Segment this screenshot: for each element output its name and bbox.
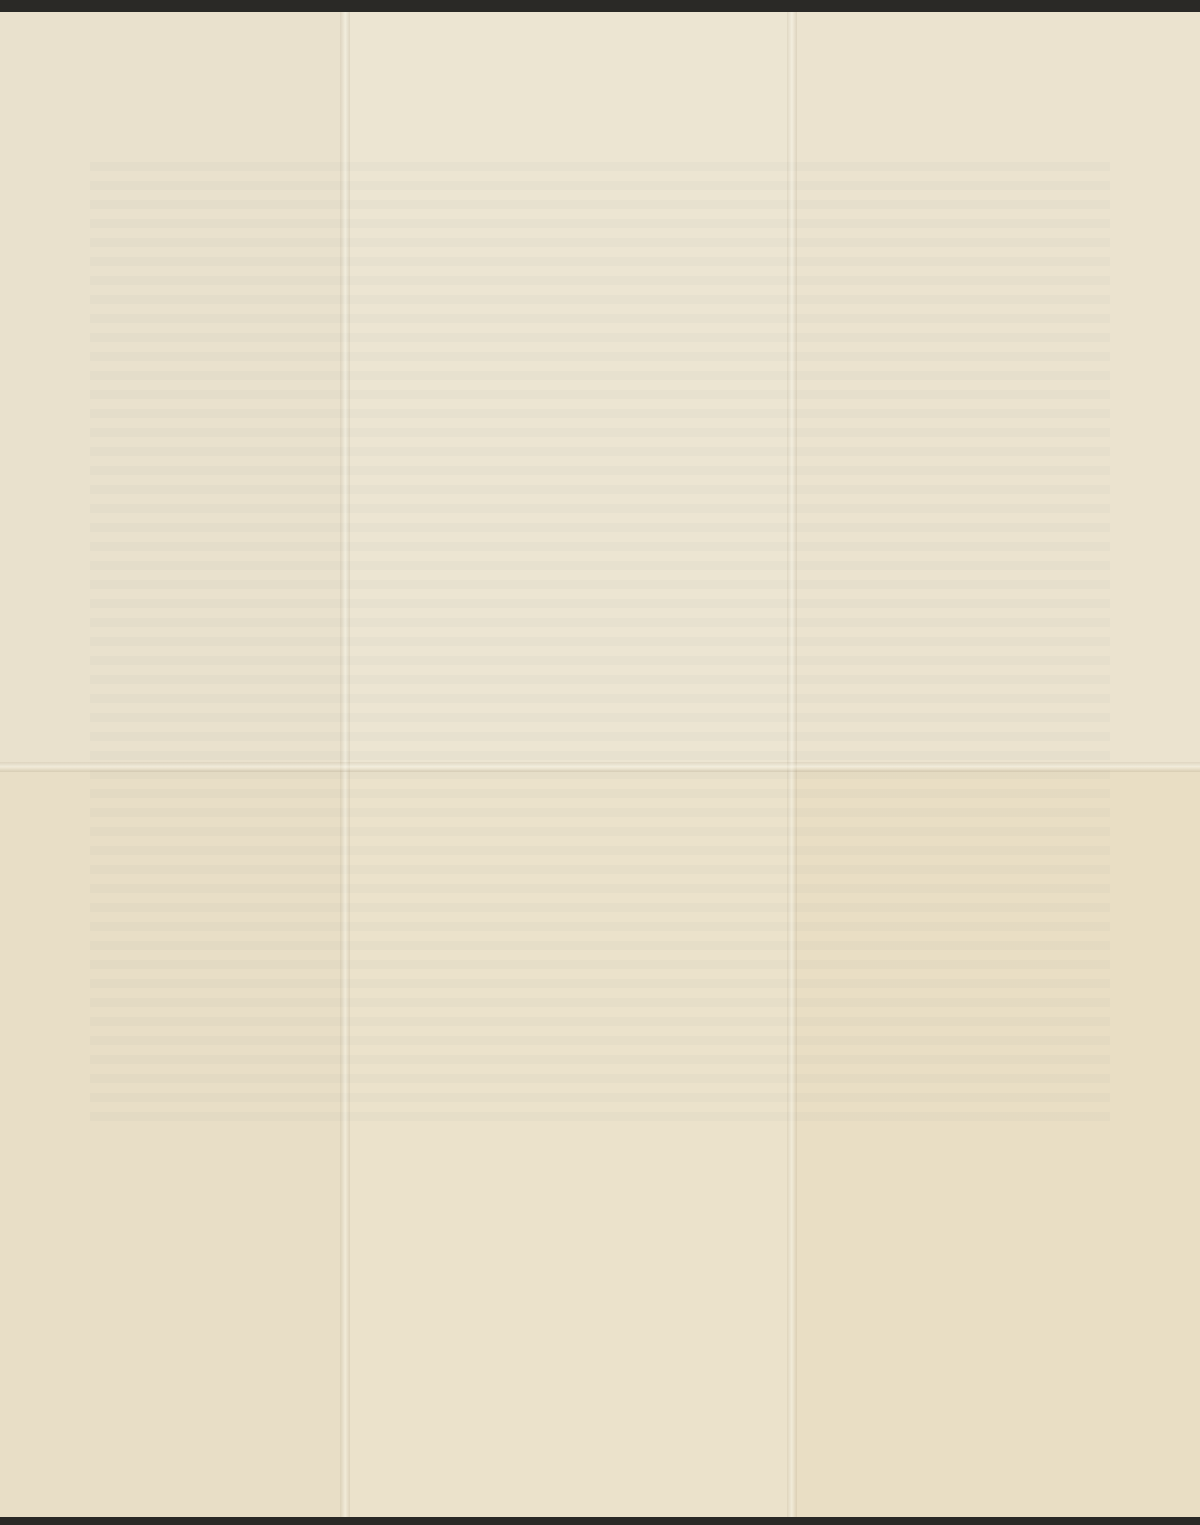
panel-bottom-right [792, 767, 1200, 1517]
panel-bottom-middle [345, 767, 792, 1517]
panel-top-left [0, 12, 345, 767]
horizontal-fold [0, 762, 1200, 772]
panel-top-middle [345, 12, 792, 767]
paper-sheet [0, 12, 1200, 1517]
panel-top-right [792, 12, 1200, 767]
panel-bottom-left [0, 767, 345, 1517]
